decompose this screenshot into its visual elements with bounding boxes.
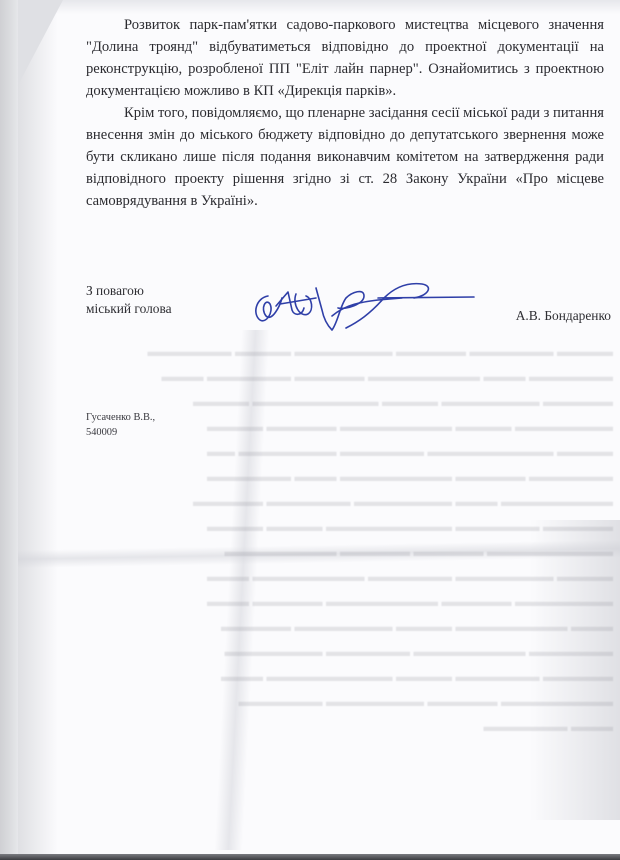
scan-edge-bottom (0, 854, 620, 860)
scanned-letter-page: ▬▬▬▬ ▬▬▬▬▬▬ ▬▬▬▬▬ ▬▬▬▬▬▬▬ ▬▬▬▬ ▬▬▬▬▬▬ ▬▬… (18, 0, 620, 854)
scan-edge-left (0, 0, 18, 860)
signer-name: А.В. Бондаренко (516, 308, 611, 324)
executor-name: Гусаченко В.В., (86, 410, 155, 425)
show-through-text: ▬▬▬▬ ▬▬▬▬▬▬ ▬▬▬▬▬ ▬▬▬▬▬▬▬ ▬▬▬▬ ▬▬▬▬▬▬ ▬▬… (113, 340, 613, 740)
closing-salutation: З повагою (86, 282, 172, 300)
executor-phone: 540009 (86, 425, 155, 440)
letter-body: Розвиток парк-пам'ятки садово-паркового … (86, 14, 604, 212)
paragraph-park-development: Розвиток парк-пам'ятки садово-паркового … (86, 14, 604, 102)
folded-corner (18, 0, 63, 85)
signature-block: З повагою міський голова А.В. Бондаренко (86, 282, 611, 342)
top-shadow (18, 0, 620, 14)
signer-title: міський голова (86, 300, 172, 318)
handwritten-signature (246, 276, 476, 336)
paragraph-council-session: Крім того, повідомляємо, що пленарне зас… (86, 102, 604, 212)
executor-info: Гусаченко В.В., 540009 (86, 410, 155, 440)
left-shadow (18, 0, 58, 854)
closing: З повагою міський голова (86, 282, 172, 318)
